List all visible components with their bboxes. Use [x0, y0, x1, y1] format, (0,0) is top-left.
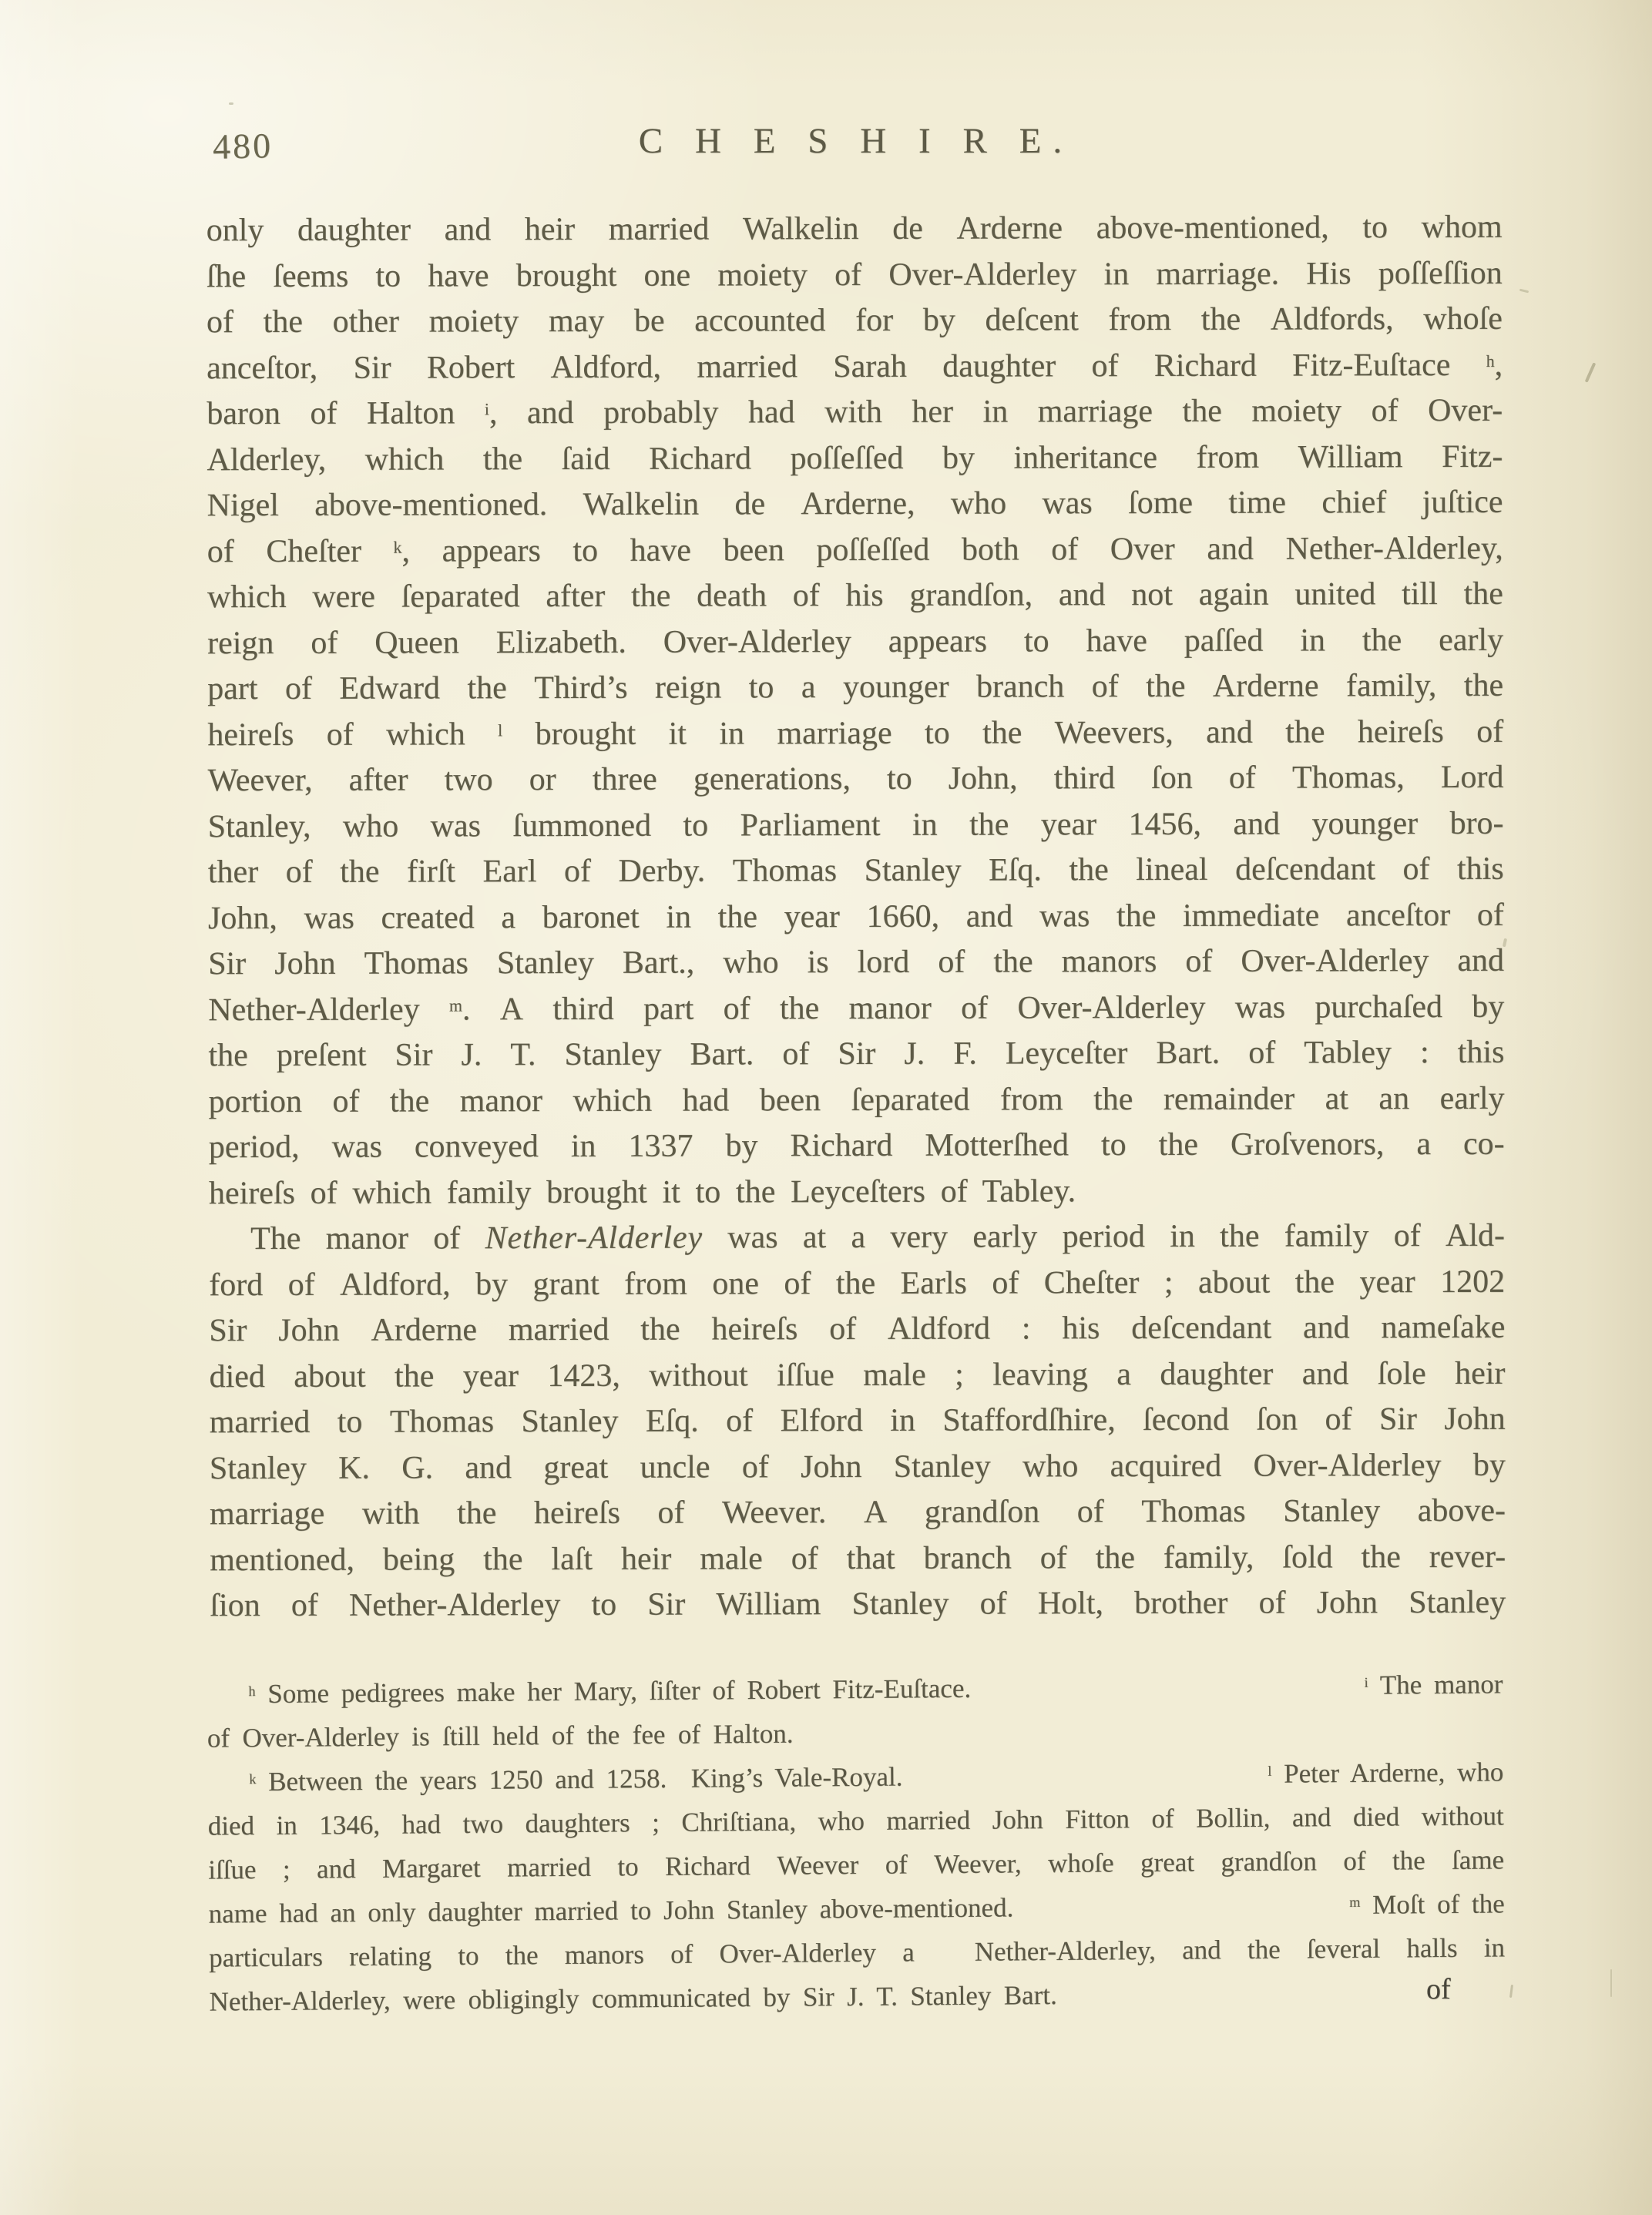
text-line: Weever,aftertwoorthreegenerations,toJohn… [207, 755, 1503, 804]
text-line: StanleyK.G.andgreatuncleofJohnStanleywho… [210, 1442, 1506, 1492]
scan-artifact [1610, 1969, 1612, 1997]
body-text: onlydaughterandheirmarriedWalkelindeArde… [206, 205, 1506, 1629]
text-line: SirJohnArdernemarriedtheheireſsofAldford… [209, 1305, 1505, 1354]
text-line: marriagewiththeheireſsofWeever.Agrandſon… [210, 1488, 1506, 1538]
text-line: baronofHaltoni,andprobablyhadwithherinma… [206, 388, 1503, 438]
text-line: ſionofNether-AlderleytoSirWilliamStanley… [210, 1580, 1506, 1629]
text-line: period,wasconveyedin1337byRichardMotterſ… [209, 1122, 1505, 1171]
text-line: ThemanorofNether-Alderleywasataveryearly… [209, 1213, 1505, 1263]
scan-artifact [1585, 362, 1597, 382]
text-line: ofCheſterk,appearstohavebeenpoſſeſſedbot… [207, 525, 1503, 575]
text-line: marriedtoThomasStanleyEſq.ofElfordinStaf… [210, 1397, 1506, 1446]
text-line: ſheſeemstohavebroughtonemoietyofOver-Ald… [206, 250, 1503, 300]
text-line: anceſtor,SirRobertAldford,marriedSarahda… [206, 342, 1503, 391]
text-line: heireſs of which family brought it to th… [209, 1167, 1505, 1217]
catchword: of [1426, 1972, 1451, 2006]
text-line: portionofthemanorwhichhadbeenſeparatedfr… [209, 1076, 1505, 1125]
text-line: reignofQueenElizabeth.Over-Alderleyappea… [207, 617, 1503, 666]
text-line: whichwereſeparatedafterthedeathofhisgran… [207, 572, 1503, 621]
text-line: Alderley,whichtheſaidRichardpoſſeſſedbyi… [206, 434, 1503, 483]
text-line: therofthefirſtEarlofDerby.ThomasStanleyE… [208, 847, 1504, 896]
scan-artifact [229, 102, 233, 105]
scan-artifact [1509, 1985, 1513, 1998]
footnotes: h Some pedigrees make her Mary, ſiſter o… [206, 1662, 1506, 2023]
text-line: Stanley,whowasſummonedtoParliamentinthey… [208, 800, 1504, 850]
text-line: Nigelabove-mentioned.WalkelindeArderne,w… [207, 480, 1503, 529]
running-header: C H E S H I R E. [208, 120, 1504, 162]
text-line: onlydaughterandheirmarriedWalkelindeArde… [206, 205, 1503, 254]
text-line: partofEdwardtheThird’sreigntoayoungerbra… [207, 663, 1503, 713]
text-line: Nether-Alderleym.AthirdpartofthemanorofO… [208, 984, 1504, 1033]
text-line: mentioned,beingthelaſtheirmaleofthatbran… [210, 1534, 1506, 1583]
text-line: SirJohnThomasStanleyBart.,whoislordofthe… [208, 938, 1504, 988]
text-line: fordofAldford,bygrantfromoneoftheEarlsof… [209, 1259, 1505, 1308]
text-line: thepreſentSirJ.T.StanleyBart.ofSirJ.F.Le… [208, 1030, 1504, 1079]
text-line: heireſsofwhichlbroughtitinmarriagetotheW… [207, 709, 1503, 758]
text-line: oftheothermoietymaybeaccountedforbydeſce… [206, 297, 1503, 346]
text-line: John,wascreatedabaronetintheyear1660,and… [208, 892, 1504, 941]
text-line: Nether-Alderley, were obligingly communi… [209, 1969, 1505, 2023]
text-line: diedabouttheyear1423,withoutiſſuemale;le… [209, 1351, 1505, 1400]
book-page: 480 C H E S H I R E. onlydaughterandheir… [0, 0, 1652, 2215]
scan-artifact [1519, 289, 1529, 294]
